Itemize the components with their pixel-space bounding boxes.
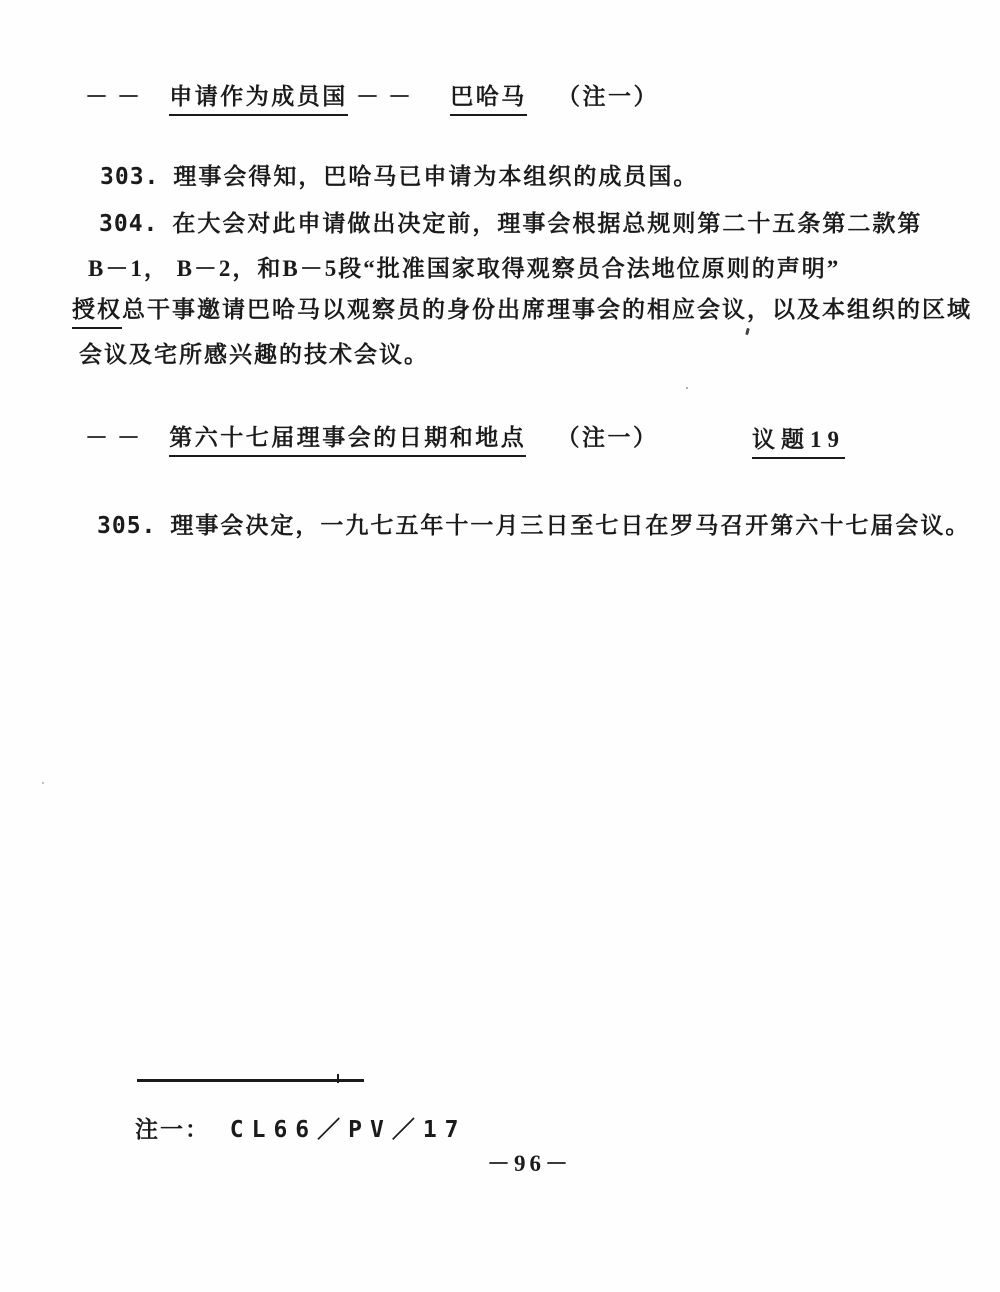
agenda-item-label: 议题19 [752, 426, 845, 455]
footnote-reference-marker: （注一） [557, 425, 659, 450]
agenda-item-text: 议题19 [752, 427, 845, 459]
scan-speck [42, 782, 44, 784]
heading-dash-suffix: －－ [356, 84, 420, 109]
paragraph-304-line-3: 授权总干事邀请巴哈马以观察员的身份出席理事会的相应会议，以及本组织的区域 [72, 296, 972, 325]
page-number-text: －96－ [487, 1151, 572, 1176]
paragraph-text: 理事会得知，巴哈马已申请为本组织的成员国。 [173, 164, 698, 189]
membership-section-heading: －－ 申请作为成员国 －－ 巴哈马 （注一） [85, 83, 659, 112]
paragraph-304-line-4: 会议及宅所感兴趣的技术会议。 [79, 341, 429, 370]
footnote-document-reference: CL66／PV／17 [230, 1117, 467, 1143]
scan-speck [745, 328, 750, 336]
applicant-country-name: 巴哈马 [450, 84, 527, 116]
paragraph-text: 总干事邀请巴哈马以观察员的身份出席理事会的相应会议，以及本组织的区域 [122, 297, 972, 322]
emphasized-word: 授权 [72, 297, 122, 329]
paragraph-304-line-1: 304.在大会对此申请做出决定前，理事会根据总规则第二十五条第二款第 [99, 210, 922, 239]
paragraph-text: 会议及宅所感兴趣的技术会议。 [79, 342, 429, 367]
paragraph-text: 理事会决定，一九七五年十一月三日至七日在罗马召开第六十七届会议。 [170, 513, 970, 538]
page-number: －96－ [487, 1150, 572, 1179]
footnote-reference-marker: （注一） [557, 84, 659, 109]
membership-heading-title: 申请作为成员国 [169, 84, 348, 116]
session-heading-title: 第六十七届理事会的日期和地点 [169, 425, 526, 457]
paragraph-number: 305. [97, 513, 156, 539]
scan-speck [686, 387, 688, 389]
heading-dash-prefix: －－ [85, 84, 149, 109]
footnote: 注一： CL66／PV／17 [135, 1116, 467, 1145]
footnote-separator-rule [137, 1079, 364, 1082]
heading-dash-prefix: －－ [85, 425, 149, 450]
footnote-label: 注一： [135, 1117, 210, 1142]
paragraph-303: 303.理事会得知，巴哈马已申请为本组织的成员国。 [100, 163, 698, 192]
paragraph-text: B－1， B－2，和B－5段“批准国家取得观察员合法地位原则的声明” [88, 256, 840, 281]
scanned-document-page: { "document": { "section_membership": { … [0, 0, 1000, 1292]
paragraph-305: 305.理事会决定，一九七五年十一月三日至七日在罗马召开第六十七届会议。 [97, 512, 970, 541]
footnote-rule-tick [337, 1074, 339, 1083]
session-section-heading: －－ 第六十七届理事会的日期和地点 （注一） [85, 424, 659, 453]
paragraph-304-line-2: B－1， B－2，和B－5段“批准国家取得观察员合法地位原则的声明” [88, 255, 840, 284]
paragraph-number: 303. [100, 164, 159, 190]
paragraph-number: 304. [99, 211, 158, 237]
paragraph-text: 在大会对此申请做出决定前，理事会根据总规则第二十五条第二款第 [172, 211, 922, 236]
